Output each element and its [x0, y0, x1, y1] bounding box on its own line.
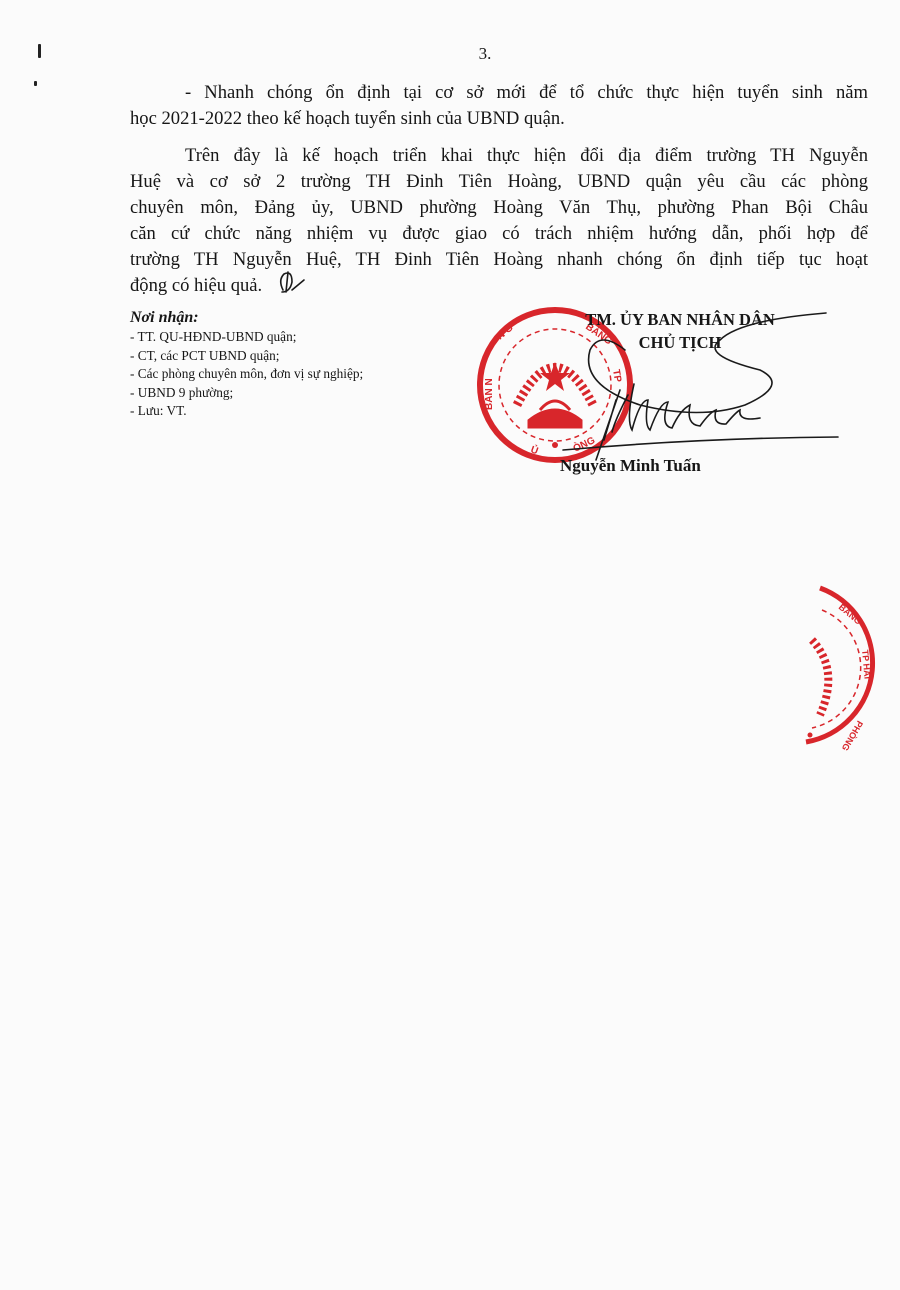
recipient-item: - UBND 9 phường; [130, 384, 363, 403]
svg-text:PHÒNG: PHÒNG [840, 719, 866, 753]
recipients-title: Nơi nhận: [130, 308, 363, 328]
paragraph-line: trường TH Nguyễn Huệ, TH Đinh Tiên Hoàng… [130, 247, 868, 273]
svg-text:BAN N: BAN N [484, 378, 495, 410]
margin-mark [34, 81, 37, 86]
paragraph-line: Trên đây là kế hoạch triển khai thực hiệ… [130, 143, 868, 169]
margin-mark [38, 44, 41, 58]
recipient-item: - CT, các PCT UBND quận; [130, 347, 363, 366]
paragraph-line: căn cứ chức năng nhiệm vụ được giao có t… [130, 221, 868, 247]
recipient-item: - Các phòng chuyên môn, đơn vị sự nghiệp… [130, 365, 363, 384]
page-number: 3. [0, 44, 900, 64]
svg-text:Ủ: Ủ [529, 443, 540, 458]
svg-text:N G: N G [495, 322, 516, 342]
paragraph-line: Huệ và cơ sở 2 trường TH Đinh Tiên Hoàng… [130, 169, 868, 195]
signer-name: Nguyễn Minh Tuấn [560, 456, 701, 476]
svg-text:ÒNG: ÒNG [571, 433, 597, 455]
svg-text:TP: TP [610, 369, 623, 384]
paragraph-line: động có hiệu quả. [130, 273, 868, 299]
paragraph-line: học 2021-2022 theo kế hoạch tuyển sinh c… [130, 106, 868, 132]
recipient-item: - Lưu: VT. [130, 402, 363, 421]
paragraph-line: - Nhanh chóng ổn định tại cơ sở mới để t… [130, 80, 868, 106]
svg-text:BÀNG: BÀNG [837, 602, 864, 627]
recipients-block: Nơi nhận: - TT. QU-HĐND-UBND quận; - CT,… [130, 308, 363, 421]
paragraph-line: chuyên môn, Đảng ủy, UBND phường Hoàng V… [130, 195, 868, 221]
signature-block: TM. ỦY BAN NHÂN DÂN CHỦ TỊCH [520, 308, 840, 354]
recipient-item: - TT. QU-HĐND-UBND quận; [130, 328, 363, 347]
svg-text:TP HẢI: TP HẢI [860, 649, 874, 679]
paragraph-conclusion: Trên đây là kế hoạch triển khai thực hiệ… [130, 143, 868, 299]
recipients-list: - TT. QU-HĐND-UBND quận; - CT, các PCT U… [130, 328, 363, 421]
paragraph-enrollment: - Nhanh chóng ổn định tại cơ sở mới để t… [130, 80, 868, 132]
signer-title: CHỦ TỊCH [520, 332, 840, 354]
signer-organization: TM. ỦY BAN NHÂN DÂN [520, 308, 840, 332]
